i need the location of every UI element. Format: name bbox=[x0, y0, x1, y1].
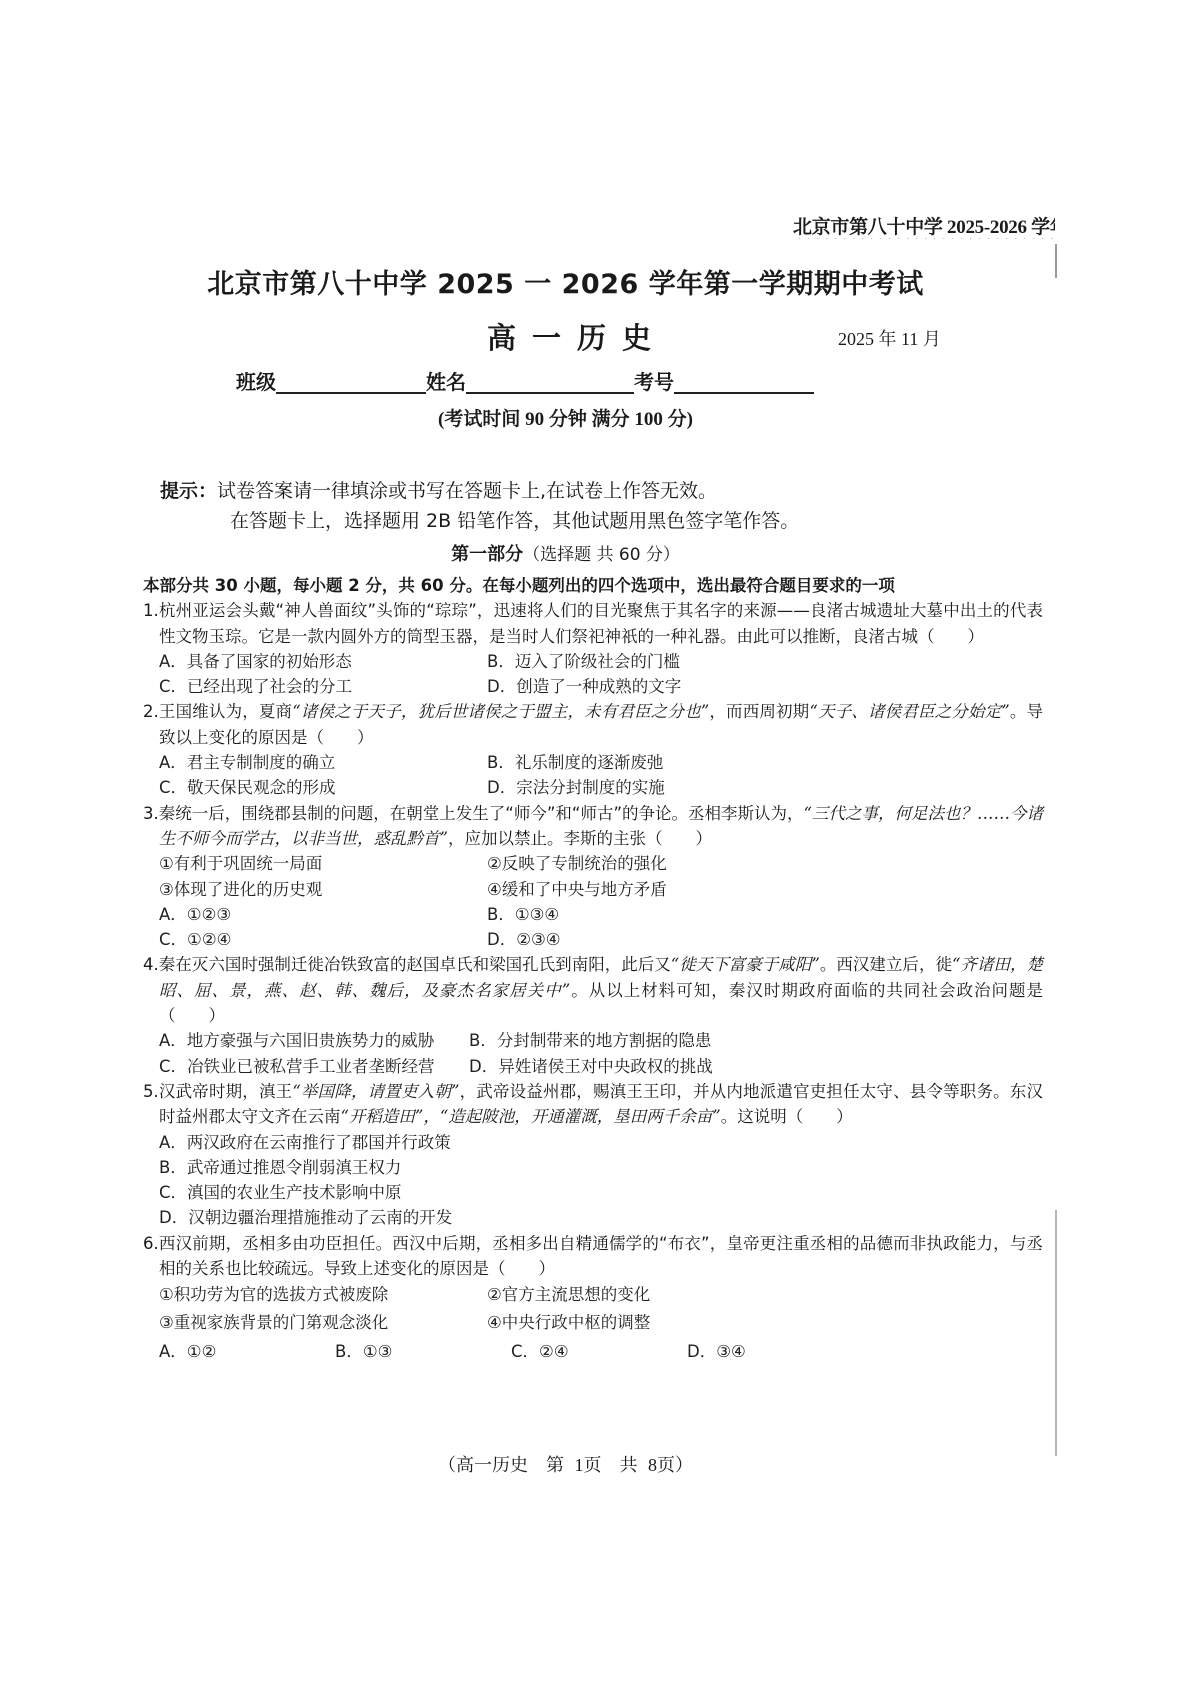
section-title: 第一部分（选择题 共 60 分） bbox=[0, 540, 1191, 566]
question-5: 5.汉武帝时期，滇王“举国降，请置吏入朝”，武帝设益州郡，赐滇王王印，并从内地派… bbox=[143, 1079, 1043, 1231]
stem-text: 秦统一后，围绕郡县制的问题，在朝堂上发生了“师今”和“师古”的争论。丞相李斯认为… bbox=[159, 804, 804, 823]
class-blank[interactable] bbox=[276, 372, 426, 394]
page-footer: （高一历史 第 1页 共 8页） bbox=[0, 1451, 1191, 1477]
section-subtitle: （选择题 共 60 分） bbox=[523, 545, 680, 565]
stem-text: 王国维认为，夏商 bbox=[159, 702, 292, 721]
option-a[interactable]: A．地方豪强与六国旧贵族势力的威胁 bbox=[159, 1028, 469, 1053]
question-2: 2.王国维认为，夏商“诸侯之于天子，犹后世诸侯之于盟主，未有君臣之分也”，而西周… bbox=[143, 699, 1043, 800]
question-3-options: A．①②③ B．①③④ C．①②④ D．②③④ bbox=[143, 902, 1043, 953]
question-1-options: A．具备了国家的初始形态 B．迈入了阶级社会的门槛 C．已经出现了社会的分工 D… bbox=[143, 649, 1043, 700]
question-1: 1.杭州亚运会头戴“神人兽面纹”头饰的“琮琮”，迅速将人们的目光聚焦于其名字的来… bbox=[143, 598, 1043, 699]
question-4-options: A．地方豪强与六国旧贵族势力的威胁 B．分封制带来的地方割据的隐患 C．冶铁业已… bbox=[143, 1028, 1043, 1079]
option-d[interactable]: D．宗法分封制度的实施 bbox=[487, 775, 1043, 800]
question-3: 3.秦统一后，围绕郡县制的问题，在朝堂上发生了“师今”和“师古”的争论。丞相李斯… bbox=[143, 801, 1043, 953]
item-3: ③重视家族背景的门第观念淡化 bbox=[159, 1309, 487, 1337]
option-b[interactable]: B．①③④ bbox=[487, 902, 1043, 927]
option-a[interactable]: A．①② bbox=[159, 1339, 335, 1364]
option-d[interactable]: D．③④ bbox=[687, 1339, 1043, 1364]
corner-header-fragment: 北京市第八十中学 2025-2026 学年 bbox=[793, 212, 1055, 239]
stem-quote: “诸侯之于天子，犹后世诸侯之于盟主，未有君臣之分也” bbox=[292, 702, 709, 721]
question-number: 2. bbox=[143, 702, 159, 721]
section-title-main: 第一部分 bbox=[451, 544, 523, 565]
question-text: 杭州亚运会头戴“神人兽面纹”头饰的“琮琮”，迅速将人们的目光聚焦于其名字的来源—… bbox=[159, 601, 1043, 645]
stem-quote: “天子、诸侯君臣之分始定” bbox=[809, 702, 1009, 721]
option-c[interactable]: C．①②④ bbox=[159, 927, 487, 952]
question-6: 6.西汉前期，丞相多由功臣担任。西汉中后期，丞相多出自精通儒学的“布衣”，皇帝更… bbox=[143, 1231, 1043, 1365]
question-3-stem: 3.秦统一后，围绕郡县制的问题，在朝堂上发生了“师今”和“师古”的争论。丞相李斯… bbox=[143, 801, 1043, 852]
stem-text: ，应加以禁止。李斯的主张（ ） bbox=[448, 829, 712, 848]
exam-date: 2025 年 11 月 bbox=[838, 325, 941, 351]
option-a[interactable]: A．①②③ bbox=[159, 902, 487, 927]
option-b[interactable]: B．①③ bbox=[335, 1339, 511, 1364]
stem-quote: “徙天下富豪于咸阳” bbox=[671, 955, 820, 974]
question-6-options: A．①② B．①③ C．②④ D．③④ bbox=[143, 1339, 1043, 1364]
question-6-stem: 6.西汉前期，丞相多由功臣担任。西汉中后期，丞相多出自精通儒学的“布衣”，皇帝更… bbox=[143, 1231, 1043, 1282]
option-b[interactable]: B．分封制带来的地方割据的隐患 bbox=[469, 1028, 1043, 1053]
student-info-row: 班级 姓名 考号 bbox=[236, 366, 814, 395]
stem-quote: “举国降，请置吏入朝” bbox=[292, 1082, 459, 1101]
id-blank[interactable] bbox=[674, 372, 814, 394]
option-a[interactable]: A．君主专制制度的确立 bbox=[159, 750, 487, 775]
exam-meta: (考试时间 90 分钟 满分 100 分) bbox=[0, 404, 1191, 431]
option-c[interactable]: C．滇国的农业生产技术影响中原 bbox=[159, 1180, 1043, 1205]
name-blank[interactable] bbox=[466, 372, 634, 394]
question-5-options: A．两汉政府在云南推行了郡国并行政策 B．武帝通过推恩令削弱滇王权力 C．滇国的… bbox=[143, 1130, 1043, 1231]
stem-quote: “开稻造田”，“造起陂池，开通灌溉，垦田两千余亩” bbox=[341, 1107, 721, 1126]
section-instructions: 本部分共 30 小题，每小题 2 分，共 60 分。在每小题列出的四个选项中，选… bbox=[143, 573, 1043, 598]
stem-text: ，而西周初期 bbox=[709, 702, 809, 721]
question-number: 5. bbox=[143, 1082, 159, 1101]
question-6-items: ①积功劳为官的选拔方式被废除 ②官方主流思想的变化 ③重视家族背景的门第观念淡化… bbox=[143, 1281, 1043, 1337]
edge-line-bottom bbox=[1055, 1210, 1057, 1456]
stem-text: 。这说明（ ） bbox=[721, 1107, 853, 1126]
name-label: 姓名 bbox=[426, 366, 466, 395]
option-b[interactable]: B．礼乐制度的逐渐废弛 bbox=[487, 750, 1043, 775]
questions-area: 本部分共 30 小题，每小题 2 分，共 60 分。在每小题列出的四个选项中，选… bbox=[143, 573, 1043, 1365]
notice-label: 提示： bbox=[160, 480, 217, 502]
item-1: ①有利于巩固统一局面 bbox=[159, 851, 487, 876]
notice-line-1: 提示：试卷答案请一律填涂或书写在答题卡上,在试卷上作答无效。 bbox=[160, 476, 717, 503]
option-c[interactable]: C．已经出现了社会的分工 bbox=[159, 674, 487, 699]
option-d[interactable]: D．异姓诸侯王对中央政权的挑战 bbox=[469, 1054, 1043, 1079]
question-number: 1. bbox=[143, 601, 159, 620]
item-2: ②反映了专制统治的强化 bbox=[487, 851, 1043, 876]
notice-text-1: 试卷答案请一律填涂或书写在答题卡上,在试卷上作答无效。 bbox=[217, 480, 717, 502]
exam-title: 北京市第八十中学 2025 一 2026 学年第一学期期中考试 bbox=[0, 262, 1191, 301]
question-2-options: A．君主专制制度的确立 B．礼乐制度的逐渐废弛 C．敬天保民观念的形成 D．宗法… bbox=[143, 750, 1043, 801]
option-a[interactable]: A．具备了国家的初始形态 bbox=[159, 649, 487, 674]
item-3: ③体现了进化的历史观 bbox=[159, 877, 487, 902]
item-2: ②官方主流思想的变化 bbox=[487, 1281, 1043, 1309]
notice-text-2: 在答题卡上，选择题用 2B 铅笔作答，其他试题用黑色签字笔作答。 bbox=[230, 510, 799, 532]
option-d[interactable]: D．汉朝边疆治理措施推动了云南的开发 bbox=[159, 1205, 1043, 1230]
question-5-stem: 5.汉武帝时期，滇王“举国降，请置吏入朝”，武帝设益州郡，赐滇王王印，并从内地派… bbox=[143, 1079, 1043, 1130]
stem-text: 。西汉建立后，徙 bbox=[820, 955, 952, 974]
question-number: 4. bbox=[143, 955, 159, 974]
stem-text: 秦在灭六国时强制迁徙冶铁致富的赵国卓氏和梁国孔氏到南阳，此后又 bbox=[159, 955, 671, 974]
subject-title: 高一历史 bbox=[487, 316, 667, 357]
item-4: ④中央行政中枢的调整 bbox=[487, 1309, 1043, 1337]
option-b[interactable]: B．武帝通过推恩令削弱滇王权力 bbox=[159, 1155, 1043, 1180]
option-a[interactable]: A．两汉政府在云南推行了郡国并行政策 bbox=[159, 1130, 1043, 1155]
class-label: 班级 bbox=[236, 366, 276, 395]
option-d[interactable]: D．创造了一种成熟的文字 bbox=[487, 674, 1043, 699]
question-4: 4.秦在灭六国时强制迁徙冶铁致富的赵国卓氏和梁国孔氏到南阳，此后又“徙天下富豪于… bbox=[143, 952, 1043, 1078]
question-4-stem: 4.秦在灭六国时强制迁徙冶铁致富的赵国卓氏和梁国孔氏到南阳，此后又“徙天下富豪于… bbox=[143, 952, 1043, 1028]
question-text: 西汉前期，丞相多由功臣担任。西汉中后期，丞相多出自精通儒学的“布衣”，皇帝更注重… bbox=[159, 1234, 1043, 1278]
question-2-stem: 2.王国维认为，夏商“诸侯之于天子，犹后世诸侯之于盟主，未有君臣之分也”，而西周… bbox=[143, 699, 1043, 750]
item-1: ①积功劳为官的选拔方式被废除 bbox=[159, 1281, 487, 1309]
item-4: ④缓和了中央与地方矛盾 bbox=[487, 877, 1043, 902]
question-number: 3. bbox=[143, 804, 159, 823]
question-3-items: ①有利于巩固统一局面 ②反映了专制统治的强化 ③体现了进化的历史观 ④缓和了中央… bbox=[143, 851, 1043, 902]
option-c[interactable]: C．冶铁业已被私营手工业者垄断经营 bbox=[159, 1054, 469, 1079]
option-c[interactable]: C．敬天保民观念的形成 bbox=[159, 775, 487, 800]
option-b[interactable]: B．迈入了阶级社会的门槛 bbox=[487, 649, 1043, 674]
id-label: 考号 bbox=[634, 366, 674, 395]
notice-line-2: 在答题卡上，选择题用 2B 铅笔作答，其他试题用黑色签字笔作答。 bbox=[230, 506, 799, 533]
option-d[interactable]: D．②③④ bbox=[487, 927, 1043, 952]
question-number: 6. bbox=[143, 1234, 159, 1253]
stem-text: 汉武帝时期，滇王 bbox=[159, 1082, 293, 1101]
option-c[interactable]: C．②④ bbox=[511, 1339, 687, 1364]
question-1-stem: 1.杭州亚运会头戴“神人兽面纹”头饰的“琮琮”，迅速将人们的目光聚焦于其名字的来… bbox=[143, 598, 1043, 649]
